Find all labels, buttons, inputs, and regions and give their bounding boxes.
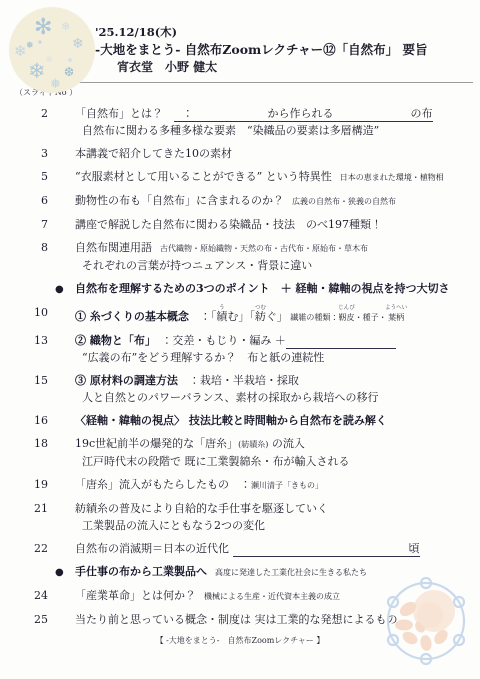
svg-text:❅: ❅ [50,77,61,92]
text-segment: 本講義で紹介してきた10の素材 [75,147,232,160]
slide-number: 24 [26,588,48,604]
item-body: 19c世紀前半の爆発的な「唐糸」(紡績糸) の流入江戸時代末の段階で 既に工業製… [48,436,470,469]
slide-number: 25 [26,612,48,627]
item-main-line: 19c世紀前半の爆発的な「唐糸」(紡績糸) の流入 [75,436,470,452]
text-segment: 古代織物・原始織物・天然の布・古代布・原始布・草木布 [152,244,368,253]
furigana: じんぴ [338,305,355,311]
slide-number: 2 [26,106,48,138]
item-body: ① 糸づくりの基本概念 ：「績うむ」「紡つむぐ」 繊維の種類：靭皮じんぴ・種子・… [48,305,470,325]
lecture-date: '25.12/18(木) [95,24,472,40]
header-divider [35,82,473,83]
svg-text:❄: ❄ [61,20,70,33]
item-body: 〈経軸・緯軸の視点〉 技法比較と時間軸から自然布を読み解く [48,413,470,428]
text-segment: (紡績糸) [238,440,268,449]
svg-text:❄: ❄ [28,59,46,83]
item-body: 紡績糸の普及により自給的な手仕事を駆逐していく工業製品の流入にともなう2つの変化 [48,501,470,533]
item-main-line: 「自然布」とは？ ： から作られる の布 [75,106,470,121]
item-subline: “広義の布”をどう理解するか？ 布と紙の連続性 [75,350,470,365]
section-heading-row: ●自然布を理解するための3つのポイント ＋ 経軸・緯軸の視点を持つ大切さ [26,281,470,297]
text-segment: ：交差・もじり・編み ＋ [150,334,286,347]
svg-text:✼: ✼ [46,55,53,64]
item-subline: それぞれの言葉が持つニュアンス・背景に違い [75,258,470,273]
item-body: ●自然布を理解するための3つのポイント ＋ 経軸・緯軸の視点を持つ大切さ [48,281,470,297]
text-segment: 紡績糸の普及により自給的な手仕事を駆逐していく [75,502,328,515]
slide-number: 10 [26,305,48,325]
text-segment: ：「 [200,310,217,323]
slide-number: 7 [26,217,48,232]
text-segment: ③ 原材料の調達方法 [75,374,178,387]
item-main-line: ●自然布を理解するための3つのポイント ＋ 経軸・緯軸の視点を持つ大切さ [75,281,470,297]
item-body: 本講義で紹介してきた10の素材 [48,146,470,161]
text-segment: 広義の自然布・狭義の自然布 [284,197,396,206]
item-main-line: 本講義で紹介してきた10の素材 [75,146,470,161]
item-subline: 工業製品の流入にともなう2つの変化 [75,518,470,533]
text-segment: 「唐糸」流入がもたらしたもの ： [75,478,251,491]
furigana: ようへい [385,305,407,311]
furigana: つむ [255,305,266,311]
slide-number [26,564,48,580]
text-segment: ② 織物と「布」 [75,334,150,347]
snowflake-ornament-decoration [378,575,474,667]
slide-number [26,281,48,297]
slide-number: 3 [26,146,48,161]
text-segment: “広義の布”をどう理解するか？ 布と紙の連続性 [82,351,324,364]
item-body: 動物性の布も「自然布」に含まれるのか？ 広義の自然布・狭義の自然布 [48,193,470,209]
text-segment: ：栽培・半栽培・採取 [178,374,299,387]
item-main-line: 「唐糸」流入がもたらしたもの ：瀬川清子「きもの」 [75,477,470,493]
svg-text:✻: ✻ [34,15,52,40]
text-segment: 〈経軸・緯軸の視点〉 技法比較と時間軸から自然布を読み解く [75,414,387,427]
item-body: 講座で解説した自然布に関わる染織品・技法 のべ197種類！ [48,217,470,232]
text-segment: 江戸時代末の段階で 既に工業製綿糸・布が輸入される [82,455,350,468]
item-subline: 人と自然とのパワーバランス、素材の採取から栽培への移行 [75,390,470,405]
svg-text:❆: ❆ [64,65,74,79]
slide-number: 22 [26,541,48,556]
list-item: 5“衣服素材として用いることができる” という特異性 日本の恵まれた環境・植物相 [26,169,470,185]
author-line: 宵衣堂 小野 健太 [117,59,472,75]
text-segment: 当たり前と思っている概念・制度は 実は工業的な発想によるもの [75,613,398,626]
item-body: 「自然布」とは？ ： から作られる の布自然布に関わる多種多様な要素 “染織品の… [48,106,470,138]
snowflake-wreath-icon: ✻ ❄ ❄ ❄ ❅ ❄ ❅ ❆ ✼ [6,4,98,96]
list-item: 7講座で解説した自然布に関わる染織品・技法 のべ197種類！ [26,217,470,232]
slide-number: 16 [26,413,48,428]
text-segment: ・種子・ [355,313,387,322]
slide-number: 18 [26,436,48,469]
text-segment: 自然布を理解するための3つのポイント ＋ 経軸・緯軸の視点を持つ大切さ [75,282,449,295]
text-segment: 日本の恵まれた環境・植物相 [332,173,444,182]
list-item: 19「唐糸」流入がもたらしたもの ：瀬川清子「きもの」 [26,477,470,493]
fill-in-blank-underline: ： から作られる の布 [174,107,433,122]
text-segment: 講座で解説した自然布に関わる染織品・技法 のべ197種類！ [75,218,382,231]
item-main-line: “衣服素材として用いることができる” という特異性 日本の恵まれた環境・植物相 [75,169,470,185]
slide-number: 15 [26,373,48,405]
fill-in-blank-underline [286,334,396,349]
text-segment: 「産業革命」とは何か？ [75,589,196,602]
item-main-line: ② 織物と「布」 ：交差・もじり・編み ＋ [75,333,470,348]
text-segment: 繊維の種類： [282,313,338,322]
bullet-icon: ● [55,565,75,580]
text-segment: 手仕事の布から工業製品へ [75,565,207,578]
snowflake-wreath-decoration: ✻ ❄ ❄ ❄ ❅ ❄ ❅ ❆ ✼ [6,4,98,96]
list-item: 2「自然布」とは？ ： から作られる の布自然布に関わる多種多様な要素 “染織品… [26,106,470,138]
item-body: “衣服素材として用いることができる” という特異性 日本の恵まれた環境・植物相 [48,169,470,185]
list-item: 8自然布関連用語 古代織物・原始織物・天然の布・古代布・原始布・草木布それぞれの… [26,240,470,273]
text-segment: それぞれの言葉が持つニュアンス・背景に違い [82,259,312,272]
text-segment: 靭皮じんぴ [338,313,354,322]
page-title: -大地をまとう- 自然布Zoomレクチャー⑫「自然布」 要旨 [95,42,472,58]
item-body: ② 織物と「布」 ：交差・もじり・編み ＋ “広義の布”をどう理解するか？ 布と… [48,333,470,365]
text-segment: ぐ」 [266,310,283,323]
text-segment: の流入 [268,437,305,450]
text-segment: 動物性の布も「自然布」に含まれるのか？ [75,194,284,207]
item-body: 自然布関連用語 古代織物・原始織物・天然の布・古代布・原始布・草木布それぞれの言… [48,240,470,273]
item-main-line: 〈経軸・緯軸の視点〉 技法比較と時間軸から自然布を読み解く [75,413,470,428]
svg-text:❅: ❅ [26,41,34,51]
text-segment: 工業製品の流入にともなう2つの変化 [82,519,265,532]
list-item: 1819c世紀前半の爆発的な「唐糸」(紡績糸) の流入江戸時代末の段階で 既に工… [26,436,470,469]
slide-number: 6 [26,193,48,209]
text-segment: 績う [216,310,227,323]
svg-text:❄: ❄ [14,42,27,60]
item-main-line: 自然布関連用語 古代織物・原始織物・天然の布・古代布・原始布・草木布 [75,240,470,256]
text-segment: “衣服素材として用いることができる” という特異性 [75,170,332,183]
slide-number: 21 [26,501,48,533]
text-segment: 紡つむ [255,310,266,323]
text-segment: 自然布関連用語 [75,241,152,254]
item-body: 自然布の消滅期＝日本の近代化 頃 [48,541,470,556]
text-segment: 19c世紀前半の爆発的な「唐糸」 [75,437,238,450]
list-item: 22自然布の消滅期＝日本の近代化 頃 [26,541,470,556]
item-main-line: 紡績糸の普及により自給的な手仕事を駆逐していく [75,501,470,516]
text-segment: 葉柄ようへい [387,313,408,322]
bullet-icon: ● [55,282,75,297]
list-item: 15③ 原材料の調達方法 ：栽培・半栽培・採取人と自然とのパワーバランス、素材の… [26,373,470,405]
text-segment: 人と自然とのパワーバランス、素材の採取から栽培への移行 [82,391,378,404]
item-main-line: 動物性の布も「自然布」に含まれるのか？ 広義の自然布・狭義の自然布 [75,193,470,209]
list-item: 6動物性の布も「自然布」に含まれるのか？ 広義の自然布・狭義の自然布 [26,193,470,209]
slide-number: 19 [26,477,48,493]
text-segment: 機械による生産・近代資本主義の成立 [196,592,340,601]
text-segment: 高度に発達した工業化社会に生きる私たち [207,568,367,577]
text-segment: 瀬川清子「きもの」 [251,481,323,490]
item-main-line: ① 糸づくりの基本概念 ：「績うむ」「紡つむぐ」 繊維の種類：靭皮じんぴ・種子・… [75,305,470,325]
item-list: 2「自然布」とは？ ： から作られる の布自然布に関わる多種多様な要素 “染織品… [26,106,470,627]
item-body: 「唐糸」流入がもたらしたもの ：瀬川清子「きもの」 [48,477,470,493]
list-item: 10① 糸づくりの基本概念 ：「績うむ」「紡つむぐ」 繊維の種類：靭皮じんぴ・種… [26,305,470,325]
slide-number: 8 [26,240,48,273]
slide-number: 13 [26,333,48,365]
item-subline: 自然布に関わる多種多様な要素 “染織品の要素は多層構造” [75,123,470,138]
snowflake-ornament-icon [378,575,474,667]
list-item: 16〈経軸・緯軸の視点〉 技法比較と時間軸から自然布を読み解く [26,413,470,428]
svg-text:❄: ❄ [72,36,84,52]
slide-number: 5 [26,169,48,185]
text-segment: む」「 [227,310,255,323]
item-main-line: ③ 原材料の調達方法 ：栽培・半栽培・採取 [75,373,470,388]
list-item: 3本講義で紹介してきた10の素材 [26,146,470,161]
text-segment: ① 糸づくりの基本概念 [75,310,200,323]
item-main-line: 講座で解説した自然布に関わる染織品・技法 のべ197種類！ [75,217,470,232]
list-item: 21紡績糸の普及により自給的な手仕事を駆逐していく工業製品の流入にともなう2つの… [26,501,470,533]
item-main-line: 自然布の消滅期＝日本の近代化 頃 [75,541,470,556]
item-body: ③ 原材料の調達方法 ：栽培・半栽培・採取人と自然とのパワーバランス、素材の採取… [48,373,470,405]
fill-in-blank-underline: 頃 [233,542,420,557]
item-subline: 江戸時代末の段階で 既に工業製綿糸・布が輸入される [75,454,470,469]
list-item: 13② 織物と「布」 ：交差・もじり・編み ＋ “広義の布”をどう理解するか？ … [26,333,470,365]
text-segment: 自然布に関わる多種多様な要素 “染織品の要素は多層構造” [82,124,379,137]
text-segment: 「自然布」とは？ [75,107,174,120]
furigana: う [216,305,227,311]
text-segment: 自然布の消滅期＝日本の近代化 [75,542,233,555]
